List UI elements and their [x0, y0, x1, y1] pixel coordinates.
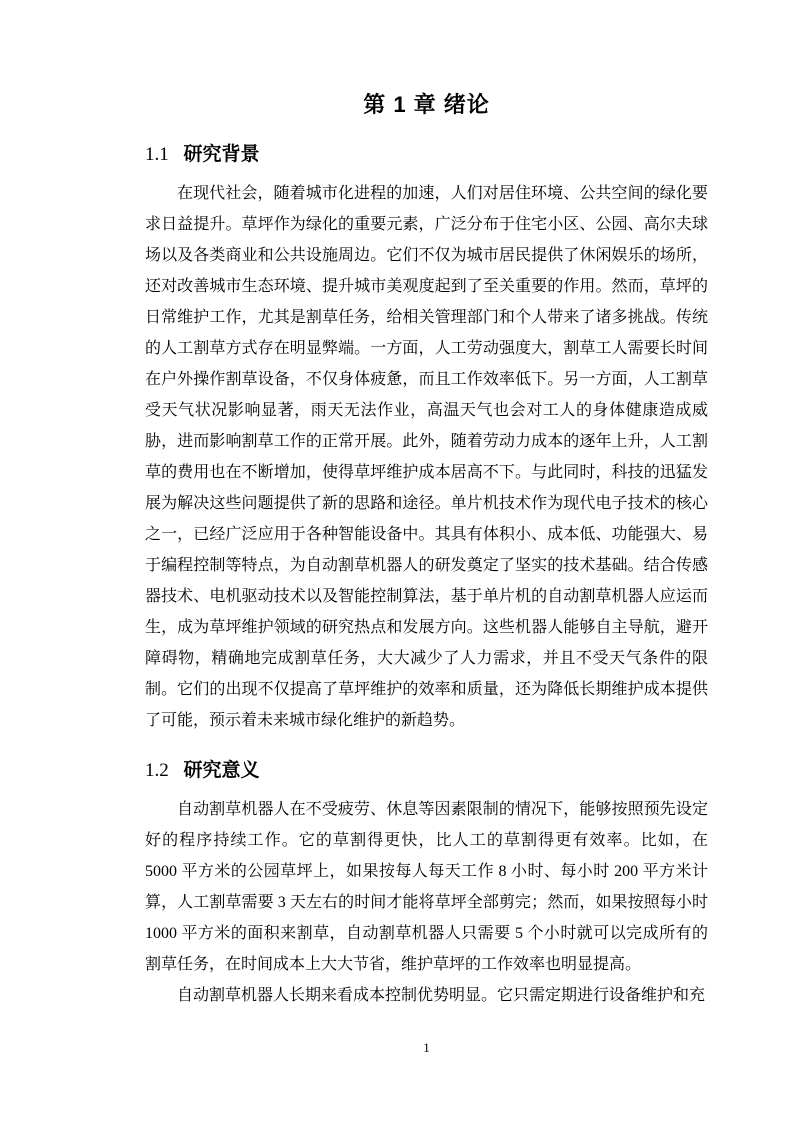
section-research-significance: 1.2 研究意义 自动割草机器人在不受疲劳、休息等因素限制的情况下，能够按照预先…	[145, 758, 708, 1011]
section-number: 1.1	[145, 144, 169, 165]
chapter-title: 第 1 章 绪论	[145, 90, 708, 120]
paragraph: 在现代社会，随着城市化进程的加速，人们对居住环境、公共空间的绿化要求日益提升。草…	[145, 178, 708, 736]
page-number: 1	[145, 1040, 708, 1056]
paragraph: 自动割草机器人在不受疲劳、休息等因素限制的情况下，能够按照预先设定好的程序持续工…	[145, 794, 708, 980]
section-number: 1.2	[145, 760, 169, 781]
section-heading-1-2: 1.2 研究意义	[145, 758, 708, 784]
section-research-background: 1.1 研究背景 在现代社会，随着城市化进程的加速，人们对居住环境、公共空间的绿…	[145, 142, 708, 736]
paragraph: 自动割草机器人长期来看成本控制优势明显。它只需定期进行设备维护和充	[145, 980, 708, 1011]
section-title: 研究背景	[184, 144, 260, 165]
section-heading-1-1: 1.1 研究背景	[145, 142, 708, 168]
document-page: 第 1 章 绪论 1.1 研究背景 在现代社会，随着城市化进程的加速，人们对居住…	[0, 0, 793, 1122]
section-title: 研究意义	[184, 760, 260, 781]
